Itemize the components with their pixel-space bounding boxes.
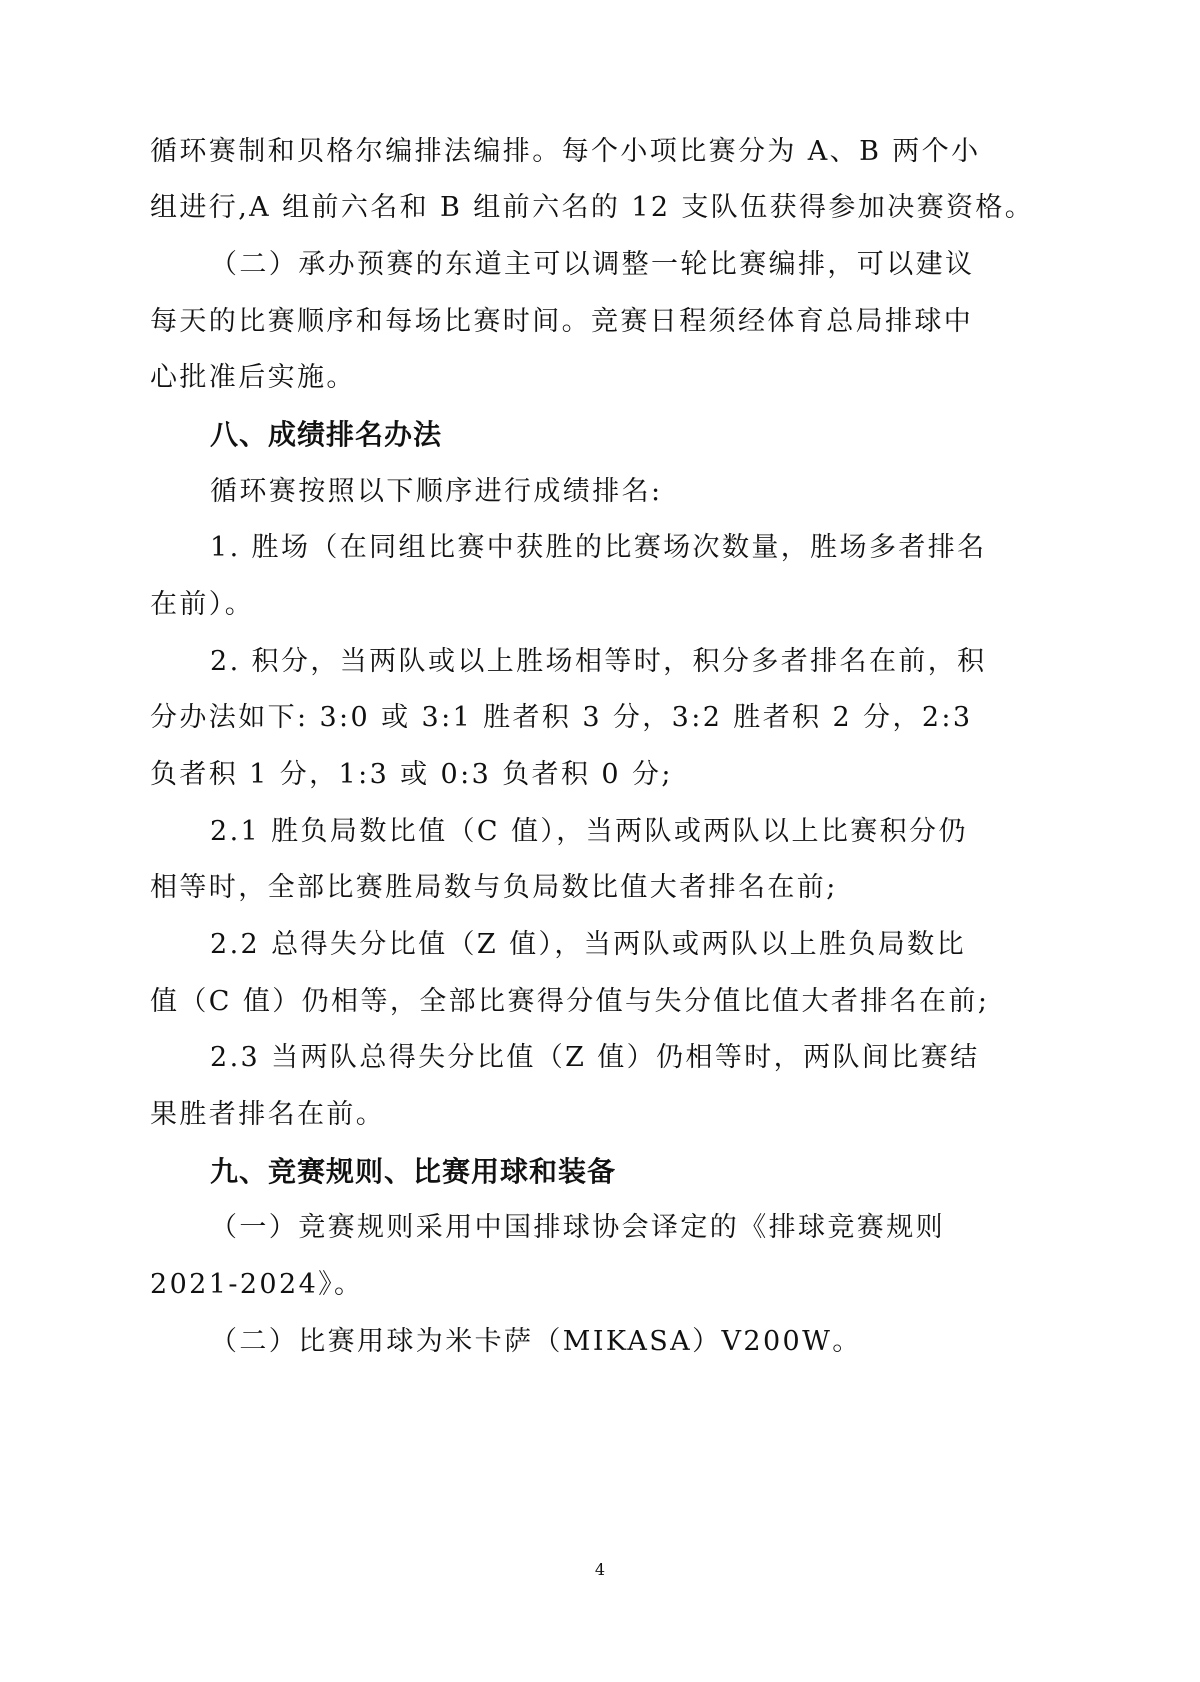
paragraph-line: 2021-2024》。 — [150, 1265, 1050, 1305]
paragraph-line: 组进行,A 组前六名和 B 组前六名的 12 支队伍获得参加决赛资格。 — [150, 188, 1050, 228]
section-heading-8: 八、成绩排名办法 — [210, 415, 1110, 455]
paragraph-line: 果胜者排名在前。 — [150, 1095, 1050, 1135]
paragraph-line: 分办法如下: 3:0 或 3:1 胜者积 3 分，3:2 胜者积 2 分，2:3 — [150, 698, 1050, 738]
paragraph-line: 2.1 胜负局数比值（C 值），当两队或两队以上比赛积分仍 — [210, 812, 1110, 852]
paragraph-line: （二）承办预赛的东道主可以调整一轮比赛编排，可以建议 — [210, 245, 1110, 285]
page-number: 4 — [0, 1560, 1200, 1579]
paragraph-line: 2. 积分，当两队或以上胜场相等时，积分多者排名在前，积 — [210, 642, 1110, 682]
paragraph-line: 1. 胜场（在同组比赛中获胜的比赛场次数量，胜场多者排名 — [210, 528, 1110, 568]
paragraph-line: 负者积 1 分，1:3 或 0:3 负者积 0 分; — [150, 755, 1050, 795]
paragraph-line: 值（C 值）仍相等，全部比赛得分值与失分值比值大者排名在前; — [150, 982, 1050, 1022]
paragraph-line: （二）比赛用球为米卡萨（MIKASA）V200W。 — [210, 1322, 1110, 1362]
paragraph-line: 心批准后实施。 — [150, 358, 1050, 398]
paragraph-line: 循环赛按照以下顺序进行成绩排名: — [210, 472, 1110, 512]
paragraph-line: 相等时，全部比赛胜局数与负局数比值大者排名在前; — [150, 868, 1050, 908]
paragraph-line: （一）竞赛规则采用中国排球协会译定的《排球竞赛规则 — [210, 1208, 1110, 1248]
paragraph-line: 循环赛制和贝格尔编排法编排。每个小项比赛分为 A、B 两个小 — [150, 132, 1050, 172]
paragraph-line: 2.2 总得失分比值（Z 值），当两队或两队以上胜负局数比 — [210, 925, 1110, 965]
paragraph-line: 每天的比赛顺序和每场比赛时间。竞赛日程须经体育总局排球中 — [150, 302, 1050, 342]
section-heading-9: 九、竞赛规则、比赛用球和装备 — [210, 1152, 1110, 1192]
paragraph-line: 2.3 当两队总得失分比值（Z 值）仍相等时，两队间比赛结 — [210, 1038, 1110, 1078]
paragraph-line: 在前）。 — [150, 585, 1050, 625]
document-page: 循环赛制和贝格尔编排法编排。每个小项比赛分为 A、B 两个小 组进行,A 组前六… — [0, 0, 1200, 1682]
